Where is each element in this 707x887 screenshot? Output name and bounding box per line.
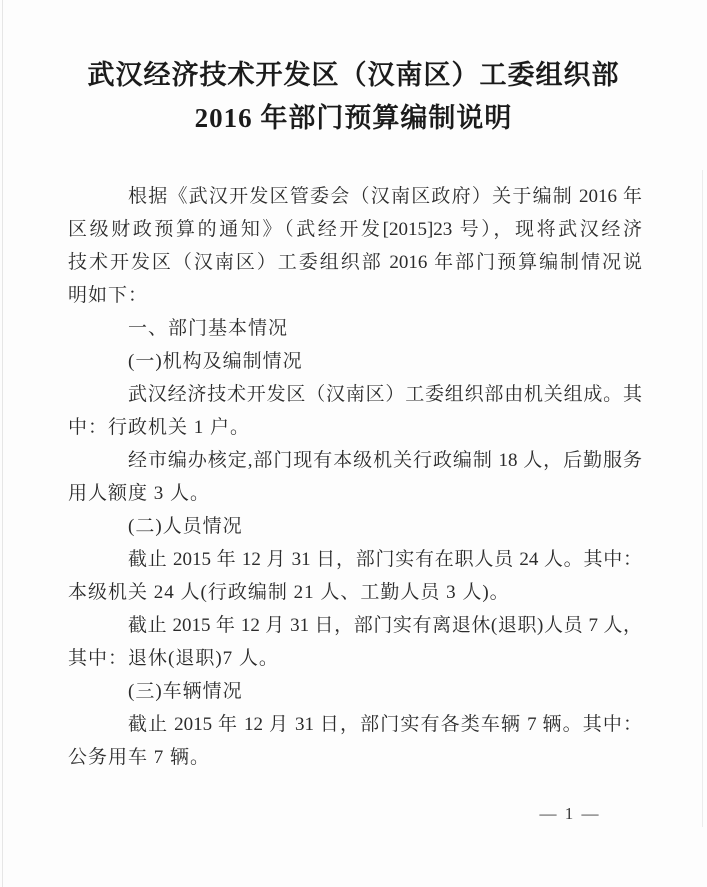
body-line: 经市编办核定,部门现有本级机关行政编制 18 人，后勤服务 bbox=[68, 444, 642, 477]
subsection-heading-line: (三)车辆情况 bbox=[68, 675, 642, 708]
document-title: 武汉经济技术开发区（汉南区）工委组织部 2016 年部门预算编制说明 bbox=[0, 54, 707, 140]
body-line: 根据《武汉开发区管委会（汉南区政府）关于编制 2016 年 bbox=[68, 180, 642, 213]
body-line: 本级机关 24 人(行政编制 21 人、工勤人员 3 人)。 bbox=[68, 576, 642, 609]
body-line: 公务用车 7 辆。 bbox=[68, 741, 642, 774]
subsection-heading-line: (一)机构及编制情况 bbox=[68, 345, 642, 378]
document-title-line-1: 武汉经济技术开发区（汉南区）工委组织部 bbox=[0, 54, 707, 97]
body-line: 截止 2015 年 12 月 31 日，部门实有在职人员 24 人。其中： bbox=[68, 543, 642, 576]
page-number: — 1 — bbox=[520, 804, 620, 824]
scan-edge-right bbox=[702, 170, 703, 827]
body-line: 武汉经济技术开发区（汉南区）工委组织部由机关组成。其 bbox=[68, 378, 642, 411]
body-line: 区级财政预算的通知》（武经开发[2015]23 号），现将武汉经济 bbox=[68, 213, 642, 246]
body-line: 其中：退休(退职)7 人。 bbox=[68, 642, 642, 675]
document-page: 武汉经济技术开发区（汉南区）工委组织部 2016 年部门预算编制说明 根据《武汉… bbox=[0, 0, 707, 887]
document-title-line-2: 2016 年部门预算编制说明 bbox=[0, 97, 707, 140]
document-body: 根据《武汉开发区管委会（汉南区政府）关于编制 2016 年 区级财政预算的通知》… bbox=[68, 180, 642, 774]
body-line: 技术开发区（汉南区）工委组织部 2016 年部门预算编制情况说 bbox=[68, 246, 642, 279]
body-line: 用人额度 3 人。 bbox=[68, 477, 642, 510]
body-line: 中：行政机关 1 户。 bbox=[68, 411, 642, 444]
subsection-heading-line: (二)人员情况 bbox=[68, 510, 642, 543]
section-heading-line: 一、部门基本情况 bbox=[68, 312, 642, 345]
body-line: 截止 2015 年 12 月 31 日，部门实有离退休(退职)人员 7 人， bbox=[68, 609, 642, 642]
body-line: 截止 2015 年 12 月 31 日，部门实有各类车辆 7 辆。其中： bbox=[68, 708, 642, 741]
body-line: 明如下： bbox=[68, 279, 642, 312]
